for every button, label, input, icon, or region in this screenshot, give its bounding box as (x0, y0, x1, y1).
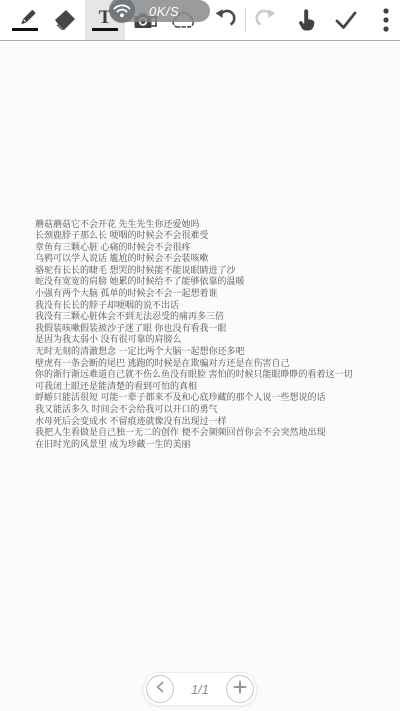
note-line: 骆驼有长长的睫毛 想哭的时候能不能说眼睛进了沙 (35, 265, 353, 277)
more-vertical-icon (382, 7, 390, 33)
note-line: 我又能活多久 时间会不会给我可以开口的勇气 (35, 404, 353, 416)
snote-app-screen: T (0, 0, 400, 711)
note-line: 蛇没有宽宽的肩膀 她累的时候给不了能够依靠的温暖 (35, 276, 353, 288)
note-line: 你的渐行渐远难道自己就不伤么鱼没有眼脸 害怕的时候只能眼睁睁的看着这一切 (35, 369, 353, 381)
network-speed-value: 0K/S (149, 4, 179, 19)
network-speed-overlay[interactable]: 0K/S (110, 0, 210, 22)
plus-icon (233, 680, 247, 699)
note-line: 长颈鹿脖子那么长 哽咽的时候会不会很难受 (35, 230, 353, 242)
note-line: 可我闭上眼还是能清楚的看到可怕的真相 (35, 381, 353, 393)
note-line: 我假装咳嗽假装被沙子迷了眼 你也没有看我一眼 (35, 323, 353, 335)
chevron-left-icon (155, 680, 165, 698)
note-text-block: 蘑菇蘑菇它不会开花 先生先生你还爱她吗 长颈鹿脖子那么长 哽咽的时候会不会很难受… (35, 219, 353, 451)
note-canvas[interactable]: 蘑菇蘑菇它不会开花 先生先生你还爱她吗 长颈鹿脖子那么长 哽咽的时候会不会很难受… (0, 42, 400, 711)
note-line: 我没有长长的脖子却哽咽的说不出话 (35, 300, 353, 312)
note-line: 在旧时光的风景里 成为珍藏一生的美丽 (35, 439, 353, 451)
note-line: 乌鸦可以学人说话 尴尬的时候会不会装咳嗽 (35, 253, 353, 265)
pointing-hand-icon (294, 7, 318, 33)
pen-color-indicator (12, 28, 38, 32)
wifi-icon (109, 0, 135, 23)
checkmark-icon (333, 9, 359, 31)
note-line: 无时无刻的清澈想念 一定比两个大脑一起想你还多吧 (35, 346, 353, 358)
note-line: 我没有三颗心脏体会不到无法忍受的痛再多三倍 (35, 311, 353, 323)
add-page-button[interactable] (226, 675, 254, 703)
note-line: 是因为我太弱小 没有很可靠的肩膀么 (35, 334, 353, 346)
page-navigator: 1/1 (143, 672, 257, 706)
note-line: 蘑菇蘑菇它不会开花 先生先生你还爱她吗 (35, 219, 353, 231)
eraser-icon (53, 8, 77, 32)
pen-tool-button[interactable] (5, 0, 45, 40)
eraser-tool-button[interactable] (45, 0, 85, 40)
more-options-button[interactable] (366, 0, 400, 40)
note-line: 小强有两个大脑 孤单的时候会不会一起想着谁 (35, 288, 353, 300)
note-line: 我把人生看做是自己独一无二的创作 便不会频频回首你会不会突然地出现 (35, 427, 353, 439)
note-line: 蜉蝣只能活很短 可能一辈子都来不及和心底珍藏的那个人说一些想说的话 (35, 392, 353, 404)
redo-button[interactable] (246, 0, 286, 40)
toolbar-right-group (205, 0, 400, 40)
note-line: 壁虎有一条会断的尾巴 逃跑的时候是在欺骗对方还是在伤害自己 (35, 358, 353, 370)
redo-icon (254, 8, 278, 32)
undo-button[interactable] (205, 0, 245, 40)
page-indicator: 1/1 (191, 682, 209, 697)
note-line: 水母死后会变成水 不留痕迹就像没有出现过一样 (35, 416, 353, 428)
text-color-indicator (92, 28, 118, 32)
done-button[interactable] (326, 0, 366, 40)
previous-page-button[interactable] (146, 675, 174, 703)
note-line: 章鱼有三颗心脏 心痛的时候会不会很疼 (35, 242, 353, 254)
pen-icon (13, 9, 37, 27)
undo-icon (213, 8, 237, 32)
touch-mode-button[interactable] (286, 0, 326, 40)
